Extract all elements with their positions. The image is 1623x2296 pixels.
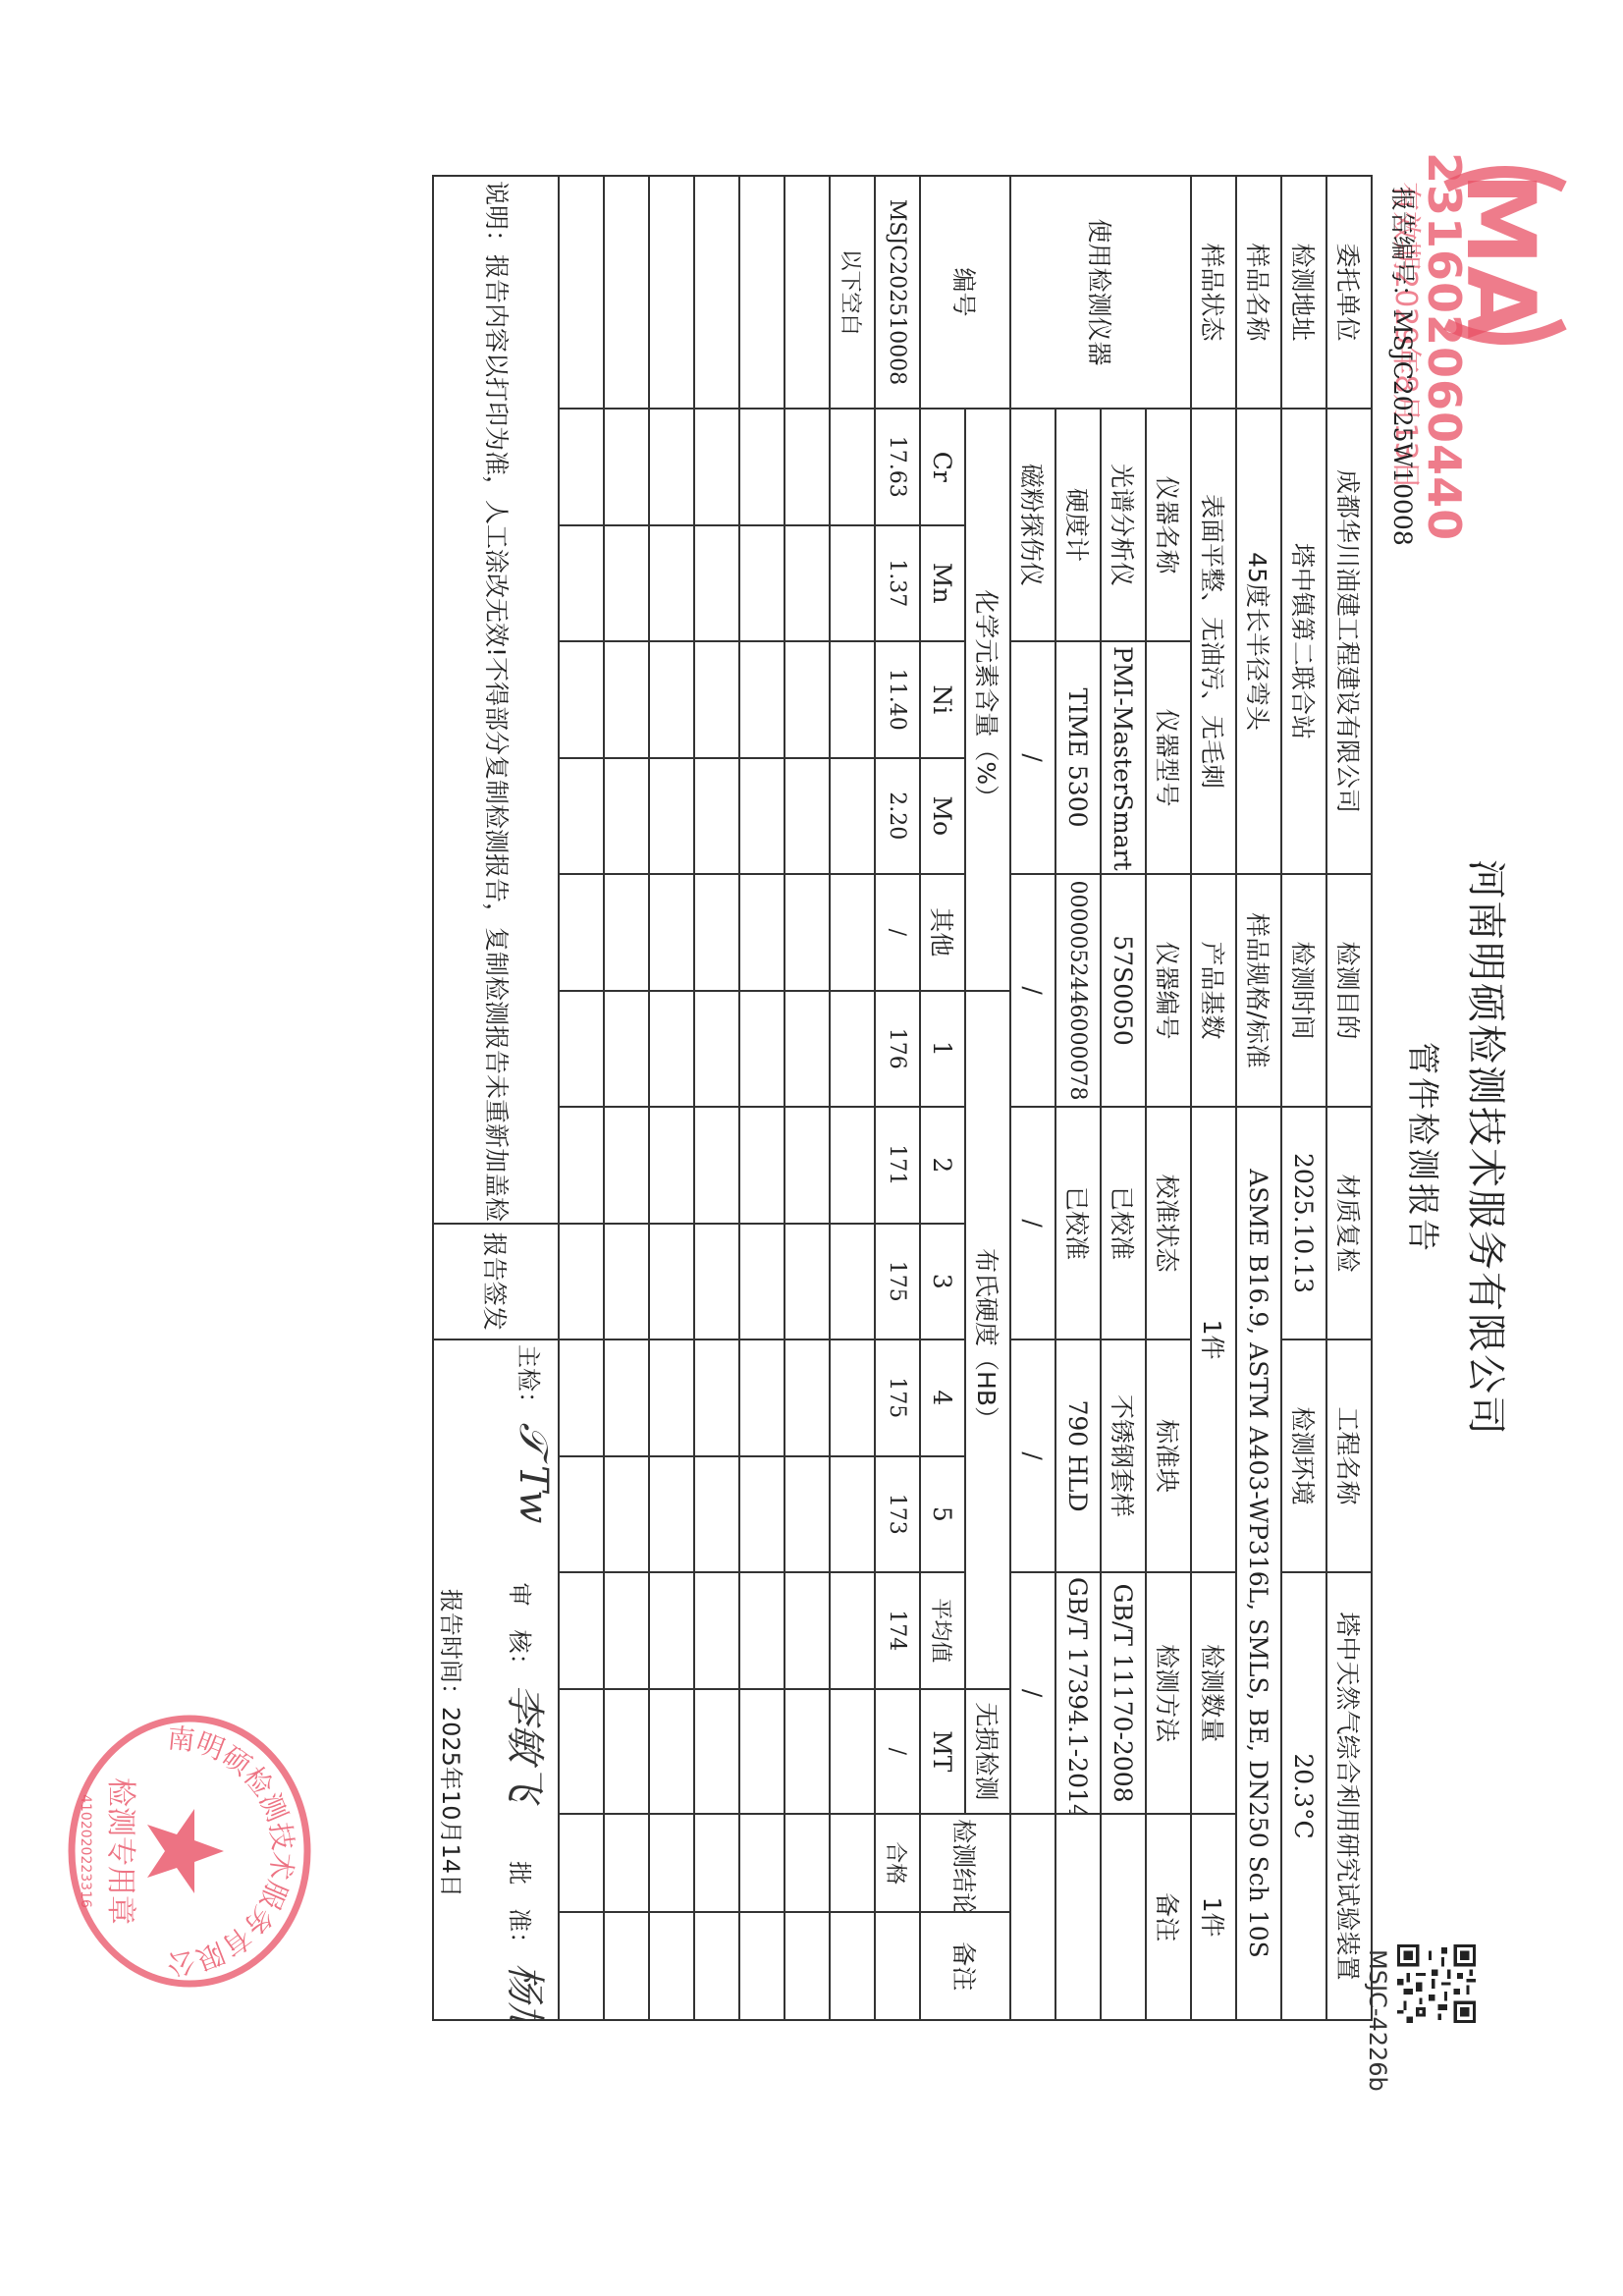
empty-cell bbox=[649, 1456, 694, 1573]
empty-cell bbox=[784, 1912, 830, 2020]
instrument-method: GB/T 11170-2008 bbox=[1101, 1572, 1146, 1814]
conclusion-header: 检测结论 bbox=[920, 1814, 1010, 1912]
instrument-block: / bbox=[1010, 1339, 1055, 1572]
empty-cell bbox=[830, 758, 875, 875]
empty-cell bbox=[784, 1689, 830, 1815]
empty-cell bbox=[784, 1107, 830, 1224]
hb2-value: 171 bbox=[875, 1107, 920, 1224]
empty-cell bbox=[830, 525, 875, 642]
report-table: 委托单位 成都华川油建工程建设有限公司 检测目的 材质复检 工程名称 塔中天然气… bbox=[829, 175, 1373, 2021]
instrument-remark-header: 备注 bbox=[1146, 1814, 1191, 2020]
empty-cell bbox=[694, 874, 739, 991]
empty-cell bbox=[784, 1456, 830, 1573]
empty-table-row bbox=[649, 176, 694, 2020]
empty-cell bbox=[694, 641, 739, 758]
empty-cell bbox=[604, 1456, 649, 1573]
empty-cell bbox=[559, 176, 604, 409]
empty-cell bbox=[604, 641, 649, 758]
empty-cell bbox=[559, 1689, 604, 1815]
empty-cell bbox=[694, 1912, 739, 2020]
empty-cell bbox=[830, 1107, 875, 1224]
empty-cell bbox=[694, 758, 739, 875]
qty-label: 检测数量 bbox=[1191, 1572, 1236, 1814]
empty-cell bbox=[830, 1456, 875, 1573]
other-value: / bbox=[875, 874, 920, 991]
empty-cell bbox=[784, 409, 830, 525]
empty-cell bbox=[604, 1224, 649, 1340]
inspector: 主检： 𝒯 Tw bbox=[500, 1344, 556, 1524]
empty-cell bbox=[830, 874, 875, 991]
instrument-name: 磁粉探伤仪 bbox=[1010, 409, 1055, 641]
empty-cell bbox=[739, 874, 784, 991]
approver: 批 准： 杨旭 bbox=[500, 1861, 556, 2020]
empty-cell bbox=[739, 525, 784, 642]
empty-cell bbox=[694, 1224, 739, 1340]
info-row-site: 检测地址 塔中镇第二联合站 检测时间 2025.10.13 检测环境 20.3°… bbox=[1281, 176, 1326, 2020]
empty-cell bbox=[559, 641, 604, 758]
approver-signature: 杨旭 bbox=[502, 1963, 547, 2020]
instrument-section-label: 使用检测仪器 bbox=[1010, 176, 1191, 409]
empty-cell bbox=[649, 991, 694, 1108]
instrument-block: 790 HLD bbox=[1055, 1339, 1101, 1572]
empty-cell bbox=[694, 1572, 739, 1689]
empty-cell bbox=[649, 525, 694, 642]
empty-cell bbox=[784, 1339, 830, 1456]
empty-table-row bbox=[739, 176, 784, 2020]
empty-cell bbox=[784, 525, 830, 642]
empty-cell bbox=[784, 641, 830, 758]
chem-mo-header: Mo bbox=[920, 758, 965, 875]
inspector-label: 主检： bbox=[514, 1344, 542, 1415]
instrument-calibration: 已校准 bbox=[1055, 1107, 1101, 1339]
instrument-calibration: 已校准 bbox=[1101, 1107, 1146, 1339]
empty-cell bbox=[694, 176, 739, 409]
conclusion-value: 合格 bbox=[875, 1814, 920, 1912]
inspector-signature: 𝒯 Tw bbox=[511, 1423, 556, 1524]
empty-cell bbox=[739, 1814, 784, 1912]
empty-cell bbox=[604, 176, 649, 409]
empty-cell bbox=[604, 874, 649, 991]
empty-table-row bbox=[784, 176, 830, 2020]
info-row-client: 委托单位 成都华川油建工程建设有限公司 检测目的 材质复检 工程名称 塔中天然气… bbox=[1326, 176, 1372, 2020]
empty-cell bbox=[739, 1572, 784, 1689]
empty-cell bbox=[604, 991, 649, 1108]
empty-cell bbox=[739, 409, 784, 525]
disclaimer-note: 说明：报告内容以打印为准，人工涂改无效!不得部分复制检测报告，复制检测报告未重新… bbox=[433, 176, 559, 1224]
sample-label: 样品名称 bbox=[1236, 176, 1281, 409]
site-value: 塔中镇第二联合站 bbox=[1281, 409, 1326, 874]
hb-avg-value: 174 bbox=[875, 1572, 920, 1689]
instrument-remark bbox=[1010, 1814, 1055, 2020]
empty-cell bbox=[784, 874, 830, 991]
empty-cell bbox=[559, 1456, 604, 1573]
instrument-serial: 0000052446000078 bbox=[1055, 874, 1101, 1107]
empty-cell bbox=[559, 1814, 604, 1912]
purpose-value: 材质复检 bbox=[1326, 1107, 1372, 1339]
empty-cell bbox=[784, 1814, 830, 1912]
empty-cell bbox=[604, 1912, 649, 2020]
base-value: 1件 bbox=[1191, 1107, 1236, 1572]
report-date-value: 2025年10月14日 bbox=[437, 1707, 464, 1897]
instrument-method: / bbox=[1010, 1572, 1055, 1814]
instrument-method: GB/T 17394.1-2014 bbox=[1055, 1572, 1101, 1814]
sample-value: 45度长半径弯头 bbox=[1236, 409, 1281, 874]
hb-avg-header: 平均值 bbox=[920, 1572, 965, 1689]
reviewer: 审 核： 李敏飞 bbox=[500, 1583, 556, 1803]
report-number: 报告编号：MSJC2025W10008 bbox=[1386, 187, 1422, 546]
chem-ni-header: Ni bbox=[920, 641, 965, 758]
empty-cell bbox=[784, 1224, 830, 1340]
instrument-model: / bbox=[1010, 641, 1055, 874]
empty-cell bbox=[784, 991, 830, 1108]
instrument-name: 光谱分析仪 bbox=[1101, 409, 1146, 641]
instrument-model: TIME 5300 bbox=[1055, 641, 1101, 874]
empty-cell bbox=[739, 176, 784, 409]
empty-cell bbox=[559, 991, 604, 1108]
instrument-row: 硬度计 TIME 5300 0000052446000078 已校准 790 H… bbox=[1055, 176, 1101, 2020]
empty-cell bbox=[694, 1107, 739, 1224]
blank-below-marker: 以下空白 bbox=[830, 176, 875, 409]
empty-cell bbox=[649, 1107, 694, 1224]
empty-cell bbox=[739, 758, 784, 875]
empty-cell bbox=[559, 1339, 604, 1456]
mn-value: 1.37 bbox=[875, 525, 920, 642]
project-value: 塔中天然气综合利用研究试验装置 bbox=[1326, 1572, 1372, 2020]
empty-cell bbox=[830, 991, 875, 1108]
empty-cell bbox=[830, 1224, 875, 1340]
empty-cell bbox=[739, 1107, 784, 1224]
info-row-state: 样品状态 表面平整、无油污、无毛刺 产品基数 1件 检测数量 1件 bbox=[1191, 176, 1236, 2020]
mt-value: / bbox=[875, 1689, 920, 1815]
empty-cell bbox=[830, 641, 875, 758]
empty-cell bbox=[739, 1689, 784, 1815]
instrument-method-header: 检测方法 bbox=[1146, 1572, 1191, 1814]
empty-cell bbox=[649, 1689, 694, 1815]
instrument-name-header: 仪器名称 bbox=[1146, 409, 1191, 641]
empty-cell bbox=[649, 758, 694, 875]
instrument-block: 不锈钢套样 bbox=[1101, 1339, 1146, 1572]
empty-cell bbox=[604, 758, 649, 875]
empty-table-row bbox=[604, 176, 649, 2020]
empty-cell bbox=[830, 1814, 875, 1912]
chem-cr-header: Cr bbox=[920, 409, 965, 525]
empty-cell bbox=[559, 1107, 604, 1224]
reviewer-signature: 李敏飞 bbox=[502, 1684, 547, 1802]
chem-other-header: 其他 bbox=[920, 874, 965, 991]
hardness-header: 布氏硬度（HB） bbox=[965, 991, 1010, 1689]
report-date-label: 报告时间： bbox=[437, 1589, 464, 1707]
test-report-page: MA 231602060440 有效期2029年8月13日 河南明硕检测技术服务… bbox=[0, 0, 1623, 2296]
empty-cell bbox=[559, 409, 604, 525]
empty-cell bbox=[559, 1912, 604, 2020]
mt-header: MT bbox=[920, 1689, 965, 1815]
issue-label: 报告签发 bbox=[433, 1224, 559, 1340]
spec-label: 样品规格/标准 bbox=[1236, 874, 1281, 1107]
empty-table-row bbox=[694, 176, 739, 2020]
hb1-value: 176 bbox=[875, 991, 920, 1108]
sample-id-header: 编号 bbox=[920, 176, 1010, 409]
empty-cell bbox=[649, 1572, 694, 1689]
client-value: 成都华川油建工程建设有限公司 bbox=[1326, 409, 1372, 874]
env-label: 检测环境 bbox=[1281, 1339, 1326, 1572]
empty-cell bbox=[649, 1339, 694, 1456]
empty-cell bbox=[694, 409, 739, 525]
hb4-value: 175 bbox=[875, 1339, 920, 1456]
empty-cell bbox=[830, 1689, 875, 1815]
qr-code-icon bbox=[1397, 1944, 1476, 2023]
instrument-remark bbox=[1055, 1814, 1101, 2020]
empty-cell bbox=[830, 1339, 875, 1456]
remark-header: 备注 bbox=[920, 1912, 1010, 2020]
empty-cell bbox=[694, 525, 739, 642]
spec-value: ASME B16.9, ASTM A403-WP316L, SMLS, BE, … bbox=[1236, 1107, 1281, 2020]
company-seal-icon: 河南明硕检测技术服务有限公司 检测专用章 4102020223316 bbox=[62, 1709, 317, 1994]
instrument-row: 光谱分析仪 PMI-MasterSmart 57S0050 已校准 不锈钢套样 … bbox=[1101, 176, 1146, 2020]
empty-cell bbox=[649, 1814, 694, 1912]
hb-2-header: 2 bbox=[920, 1107, 965, 1224]
hb-3-header: 3 bbox=[920, 1224, 965, 1340]
signature-line: 主检： 𝒯 Tw 审 核： 李敏飞 批 准： 杨旭 bbox=[500, 1344, 556, 2015]
empty-cell bbox=[559, 525, 604, 642]
empty-cell bbox=[649, 1224, 694, 1340]
empty-cell bbox=[604, 525, 649, 642]
instrument-row: 磁粉探伤仪 / / / / / bbox=[1010, 176, 1055, 2020]
empty-cell bbox=[694, 1689, 739, 1815]
empty-cell bbox=[604, 1572, 649, 1689]
instrument-serial: / bbox=[1010, 874, 1055, 1107]
instrument-model-header: 仪器型号 bbox=[1146, 641, 1191, 874]
results-subheader-row: Cr Mn Ni Mo 其他 1 2 3 4 5 平均值 MT bbox=[920, 176, 965, 2020]
empty-cell bbox=[830, 1572, 875, 1689]
svg-text:河南明硕检测技术服务有限公司: 河南明硕检测技术服务有限公司 bbox=[166, 1709, 317, 1981]
instrument-model: PMI-MasterSmart bbox=[1101, 641, 1146, 874]
empty-cell bbox=[784, 176, 830, 409]
empty-cell bbox=[694, 1339, 739, 1456]
ndt-header: 无损检测 bbox=[965, 1689, 1010, 1815]
empty-cell bbox=[604, 1814, 649, 1912]
empty-cell bbox=[784, 758, 830, 875]
table-row: 以下空白 bbox=[830, 176, 875, 2020]
hb5-value: 173 bbox=[875, 1456, 920, 1573]
report-table-lower: 说明：报告内容以打印为准，人工涂改无效!不得部分复制检测报告，复制检测报告未重新… bbox=[432, 175, 831, 2021]
empty-cell bbox=[604, 1339, 649, 1456]
instrument-serial: 57S0050 bbox=[1101, 874, 1146, 1107]
approver-label: 批 准： bbox=[506, 1861, 533, 1955]
chem-mn-header: Mn bbox=[920, 525, 965, 642]
empty-cell bbox=[559, 758, 604, 875]
empty-cell bbox=[694, 1456, 739, 1573]
report-number-value: MSJC2025W10008 bbox=[1388, 309, 1417, 546]
empty-cell bbox=[830, 409, 875, 525]
instrument-header-row: 使用检测仪器 仪器名称 仪器型号 仪器编号 校准状态 标准块 检测方法 备注 bbox=[1146, 176, 1191, 2020]
empty-cell bbox=[604, 409, 649, 525]
empty-cell bbox=[649, 409, 694, 525]
empty-cell bbox=[649, 641, 694, 758]
hb-1-header: 1 bbox=[920, 991, 965, 1108]
empty-cell bbox=[830, 1912, 875, 2020]
empty-cell bbox=[604, 1107, 649, 1224]
ni-value: 11.40 bbox=[875, 641, 920, 758]
instrument-calibration-header: 校准状态 bbox=[1146, 1107, 1191, 1339]
instrument-calibration: / bbox=[1010, 1107, 1055, 1339]
empty-cell bbox=[694, 991, 739, 1108]
base-label: 产品基数 bbox=[1191, 874, 1236, 1107]
empty-cell bbox=[559, 1572, 604, 1689]
hb3-value: 175 bbox=[875, 1224, 920, 1340]
date-value: 2025.10.13 bbox=[1281, 1107, 1326, 1339]
instrument-serial-header: 仪器编号 bbox=[1146, 874, 1191, 1107]
empty-cell bbox=[604, 1689, 649, 1815]
hb-4-header: 4 bbox=[920, 1339, 965, 1456]
empty-cell bbox=[694, 1814, 739, 1912]
empty-cell bbox=[649, 874, 694, 991]
sample-id: MSJC202510008 bbox=[875, 176, 920, 409]
results-header-row: 编号 化学元素含量（%） 布氏硬度（HB） 无损检测 检测结论 备注 bbox=[965, 176, 1010, 2020]
empty-cell bbox=[739, 641, 784, 758]
env-value: 20.3°C bbox=[1281, 1572, 1326, 2020]
signature-block: 主检： 𝒯 Tw 审 核： 李敏飞 批 准： 杨旭 报告时间：2025年10月1… bbox=[433, 1339, 559, 2020]
info-row-sample: 样品名称 45度长半径弯头 样品规格/标准 ASME B16.9, ASTM A… bbox=[1236, 176, 1281, 2020]
empty-cell bbox=[649, 176, 694, 409]
instrument-remark bbox=[1101, 1814, 1146, 2020]
reviewer-label: 审 核： bbox=[506, 1583, 533, 1677]
empty-cell bbox=[559, 874, 604, 991]
cr-value: 17.63 bbox=[875, 409, 920, 525]
report-date: 报告时间：2025年10月14日 bbox=[436, 1344, 470, 2015]
project-label: 工程名称 bbox=[1326, 1339, 1372, 1572]
remark-value bbox=[875, 1912, 920, 2020]
purpose-label: 检测目的 bbox=[1326, 874, 1372, 1107]
site-label: 检测地址 bbox=[1281, 176, 1326, 409]
mo-value: 2.20 bbox=[875, 758, 920, 875]
report-number-label: 报告编号： bbox=[1388, 187, 1417, 309]
empty-table-row bbox=[559, 176, 604, 2020]
state-label: 样品状态 bbox=[1191, 176, 1236, 409]
empty-cell bbox=[739, 991, 784, 1108]
table-row: MSJC202510008 17.63 1.37 11.40 2.20 / 17… bbox=[875, 176, 920, 2020]
date-label: 检测时间 bbox=[1281, 874, 1326, 1107]
chemical-header: 化学元素含量（%） bbox=[965, 409, 1010, 991]
empty-cell bbox=[739, 1224, 784, 1340]
empty-cell bbox=[739, 1912, 784, 2020]
svg-text:检测专用章: 检测专用章 bbox=[103, 1777, 137, 1925]
hb-5-header: 5 bbox=[920, 1456, 965, 1573]
client-label: 委托单位 bbox=[1326, 176, 1372, 409]
state-value: 表面平整、无油污、无毛刺 bbox=[1191, 409, 1236, 874]
instrument-block-header: 标准块 bbox=[1146, 1339, 1191, 1572]
empty-cell bbox=[559, 1224, 604, 1340]
qty-value: 1件 bbox=[1191, 1814, 1236, 2020]
empty-cell bbox=[739, 1456, 784, 1573]
empty-cell bbox=[739, 1339, 784, 1456]
empty-cell bbox=[784, 1572, 830, 1689]
footer-row: 说明：报告内容以打印为准，人工涂改无效!不得部分复制检测报告，复制检测报告未重新… bbox=[433, 176, 559, 2020]
svg-text:4102020223316: 4102020223316 bbox=[78, 1794, 93, 1908]
empty-cell bbox=[649, 1912, 694, 2020]
instrument-name: 硬度计 bbox=[1055, 409, 1101, 641]
